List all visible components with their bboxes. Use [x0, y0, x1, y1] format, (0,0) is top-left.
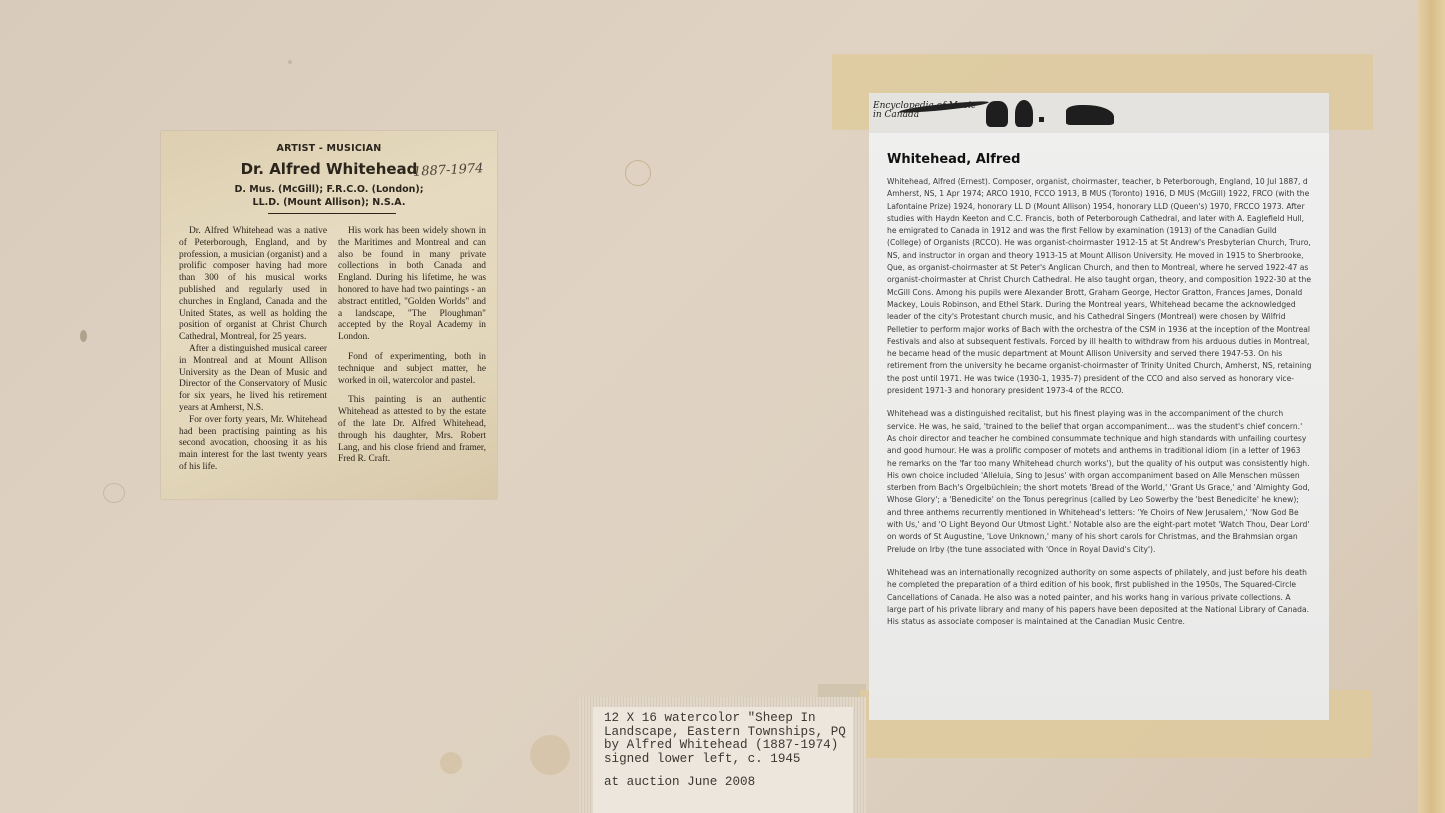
paragraph: For over forty years, Mr. Whitehead had … — [179, 415, 327, 474]
encyclopedia-banner: Encyclopedia of Music in Canada — [869, 93, 1329, 133]
encyclopedia-logo: Encyclopedia of Music in Canada — [873, 102, 976, 120]
instrument-silhouette-icon — [1066, 105, 1114, 125]
auction-note: at auction June 2008 — [593, 776, 853, 790]
clipping-left-column: Dr. Alfred Whitehead was a native of Pet… — [179, 226, 327, 474]
label-line: by Alfred Whitehead (1887-1974) — [593, 739, 853, 753]
clipping-credentials-line: D. Mus. (McGill); F.R.C.O. (London); — [161, 184, 497, 195]
musician-silhouette-icon — [986, 101, 1008, 127]
water-stain — [530, 735, 570, 775]
water-stain — [440, 752, 462, 774]
logo-line: in Canada — [873, 111, 976, 120]
label-line: Landscape, Eastern Townships, PQ — [593, 726, 853, 740]
stain-spot — [288, 60, 292, 64]
paragraph: This painting is an authentic Whitehead … — [338, 395, 486, 466]
paragraph: Whitehead, Alfred (Ernest). Composer, or… — [887, 176, 1312, 397]
musician-silhouette-icon — [1015, 100, 1033, 127]
label-line: signed lower left, c. 1945 — [593, 753, 853, 767]
paragraph: After a distinguished musical career in … — [179, 344, 327, 415]
paragraph: His work has been widely shown in the Ma… — [338, 226, 486, 344]
divider — [268, 213, 396, 214]
clipping-credentials-line: LL.D. (Mount Allison); N.S.A. — [161, 197, 497, 208]
newspaper-clipping: ARTIST - MUSICIAN Dr. Alfred Whitehead 1… — [161, 131, 497, 499]
label-line: 12 X 16 watercolor "Sheep In — [593, 712, 853, 726]
stain-spot — [80, 330, 87, 342]
article-title: Whitehead, Alfred — [887, 152, 1020, 167]
clipping-kicker: ARTIST - MUSICIAN — [161, 143, 497, 154]
paragraph: Dr. Alfred Whitehead was a native of Pet… — [179, 226, 327, 344]
encyclopedia-printout: Encyclopedia of Music in Canada Whitehea… — [869, 93, 1329, 720]
dot-icon — [1039, 117, 1044, 122]
paragraph: Fond of experimenting, both in technique… — [338, 352, 486, 387]
typed-label: 12 X 16 watercolor "Sheep In Landscape, … — [593, 707, 853, 813]
frame-edge — [1418, 0, 1445, 813]
stain-ring — [625, 160, 651, 186]
article-body: Whitehead, Alfred (Ernest). Composer, or… — [887, 176, 1312, 639]
paragraph: Whitehead was a distinguished recitalist… — [887, 408, 1312, 556]
stain-ring — [103, 483, 125, 503]
paragraph: Whitehead was an internationally recogni… — [887, 567, 1312, 628]
clipping-right-column: His work has been widely shown in the Ma… — [338, 226, 486, 466]
